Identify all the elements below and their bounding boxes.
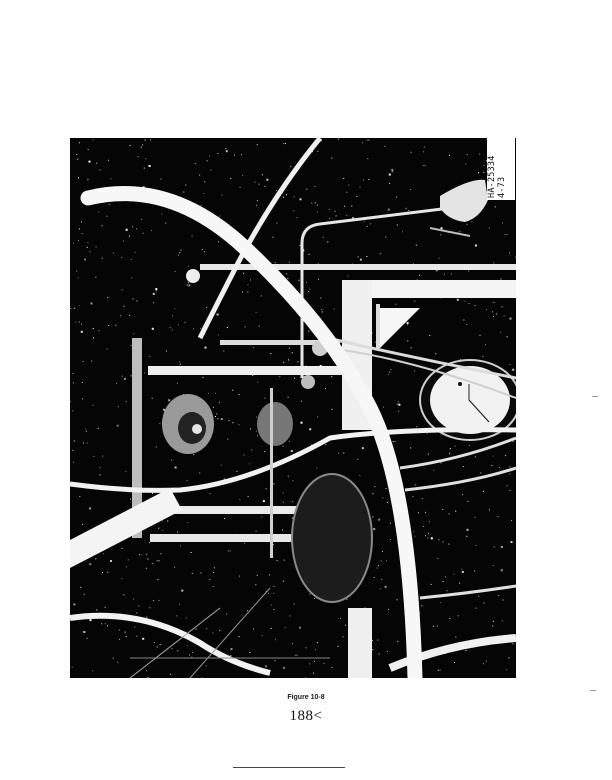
document-page: HA-25334 4-73 Figure 10-8 188< [0, 0, 612, 780]
footer-rule [233, 767, 345, 768]
margin-mark [592, 396, 598, 397]
figure-photograph [70, 138, 516, 678]
photo-id-date: 4-73 [497, 136, 507, 198]
photo-id-number: HA-25334 [487, 136, 497, 198]
photo-id-text: HA-25334 4-73 [487, 136, 515, 200]
photo-id-stamp: HA-25334 4-73 [487, 138, 515, 200]
margin-mark [590, 690, 596, 691]
figure-caption: Figure 10-8 [0, 694, 612, 701]
page-number: 188< [0, 708, 612, 725]
